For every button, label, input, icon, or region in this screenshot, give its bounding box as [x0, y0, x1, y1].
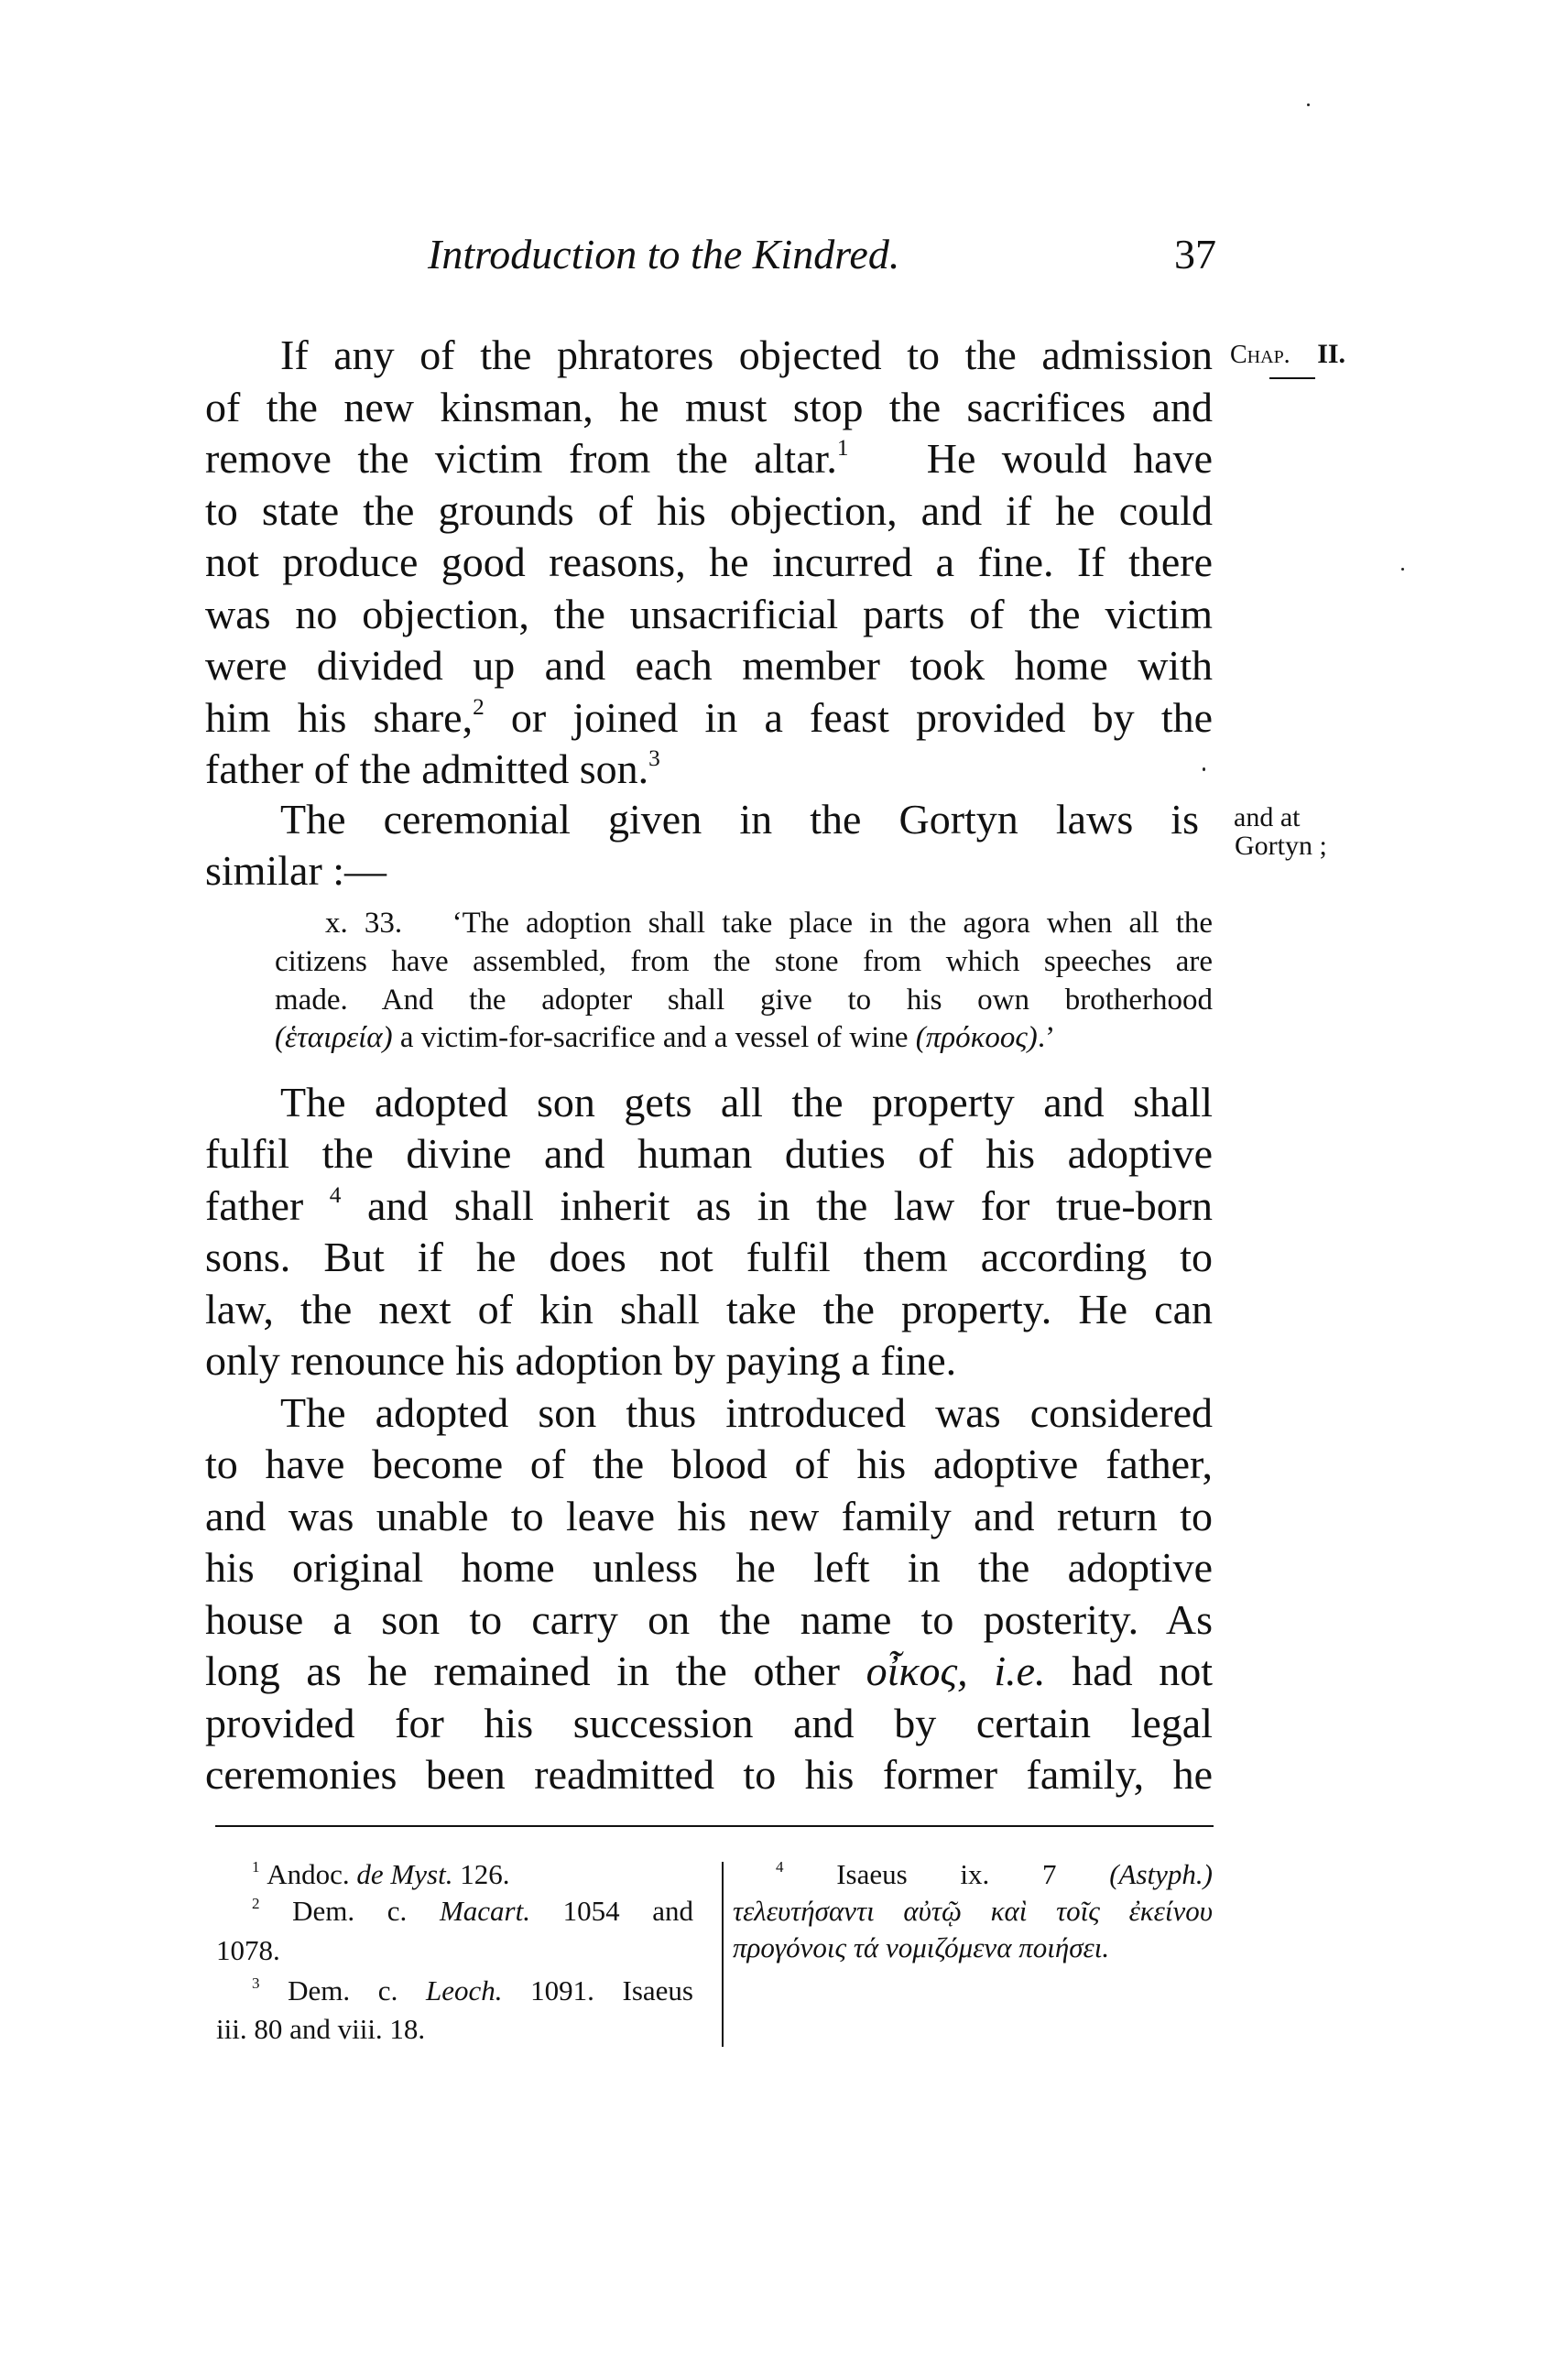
body-line: If any of the phratores objected to the … — [280, 334, 1213, 389]
body-line: The adopted son gets all the property an… — [280, 1082, 1213, 1136]
body-line: law, the next of kin shall take the prop… — [205, 1289, 1213, 1343]
body-text: or joined in a feast provided by the — [511, 697, 1213, 741]
scan-speck — [1307, 103, 1310, 106]
footnote-2: 2 Dem. c. Macart. 1054 and — [252, 1897, 693, 1933]
body-text: had not — [1072, 1650, 1213, 1694]
body-line: fulfil the divine and human duties of hi… — [205, 1133, 1213, 1188]
quote-text: ‘The adoption shall take place in the ag… — [452, 908, 1213, 940]
body-line: father of the admitted son.3 — [205, 748, 1213, 790]
body-line: house a son to carry on the name to post… — [205, 1599, 1213, 1654]
body-line: sons. But if he does not fulfil them acc… — [205, 1236, 1213, 1291]
footnote-ref-1[interactable]: 1 — [837, 438, 849, 461]
body-line: similar :— — [205, 850, 1213, 892]
footnote-4: 4 Isaeus ix. 7 (Astyph.) — [776, 1860, 1213, 1897]
body-line: his original home unless he left in the … — [205, 1547, 1213, 1602]
body-line: provided for his succession and by certa… — [205, 1702, 1213, 1757]
quote-line: citizens have assembled, from the stone … — [275, 947, 1213, 987]
greek-prokoos: (πρόκοος) — [916, 1021, 1038, 1054]
quote-closing: .’ — [1038, 1021, 1055, 1054]
running-title: Introduction to the Kindred. — [428, 234, 899, 276]
body-line: father 4 and shall inherit as in the law… — [205, 1185, 1213, 1240]
footnote-1: 1 Andoc. de Myst. 126. — [252, 1860, 509, 1897]
body-line: remove the victim from the altar.1 He wo… — [205, 438, 1213, 493]
body-line: of the new kinsman, he must stop the sac… — [205, 386, 1213, 441]
body-text: long as he remained in the other — [205, 1650, 840, 1694]
footnote-rule — [215, 1825, 1214, 1827]
body-text: He would have — [927, 438, 1213, 482]
body-line: to state the grounds of his objection, a… — [205, 490, 1213, 545]
body-line: was no objection, the unsacrificial part… — [205, 593, 1213, 648]
chapter-rule — [1269, 377, 1315, 379]
quote-text: a victim-for-sacrifice and a vessel of w… — [400, 1021, 909, 1054]
body-line: The ceremonial given in the Gortyn laws … — [280, 799, 1199, 854]
body-text: him his share, — [205, 697, 473, 741]
footnote-3: 3 Dem. c. Leoch. 1091. Isaeus — [252, 1976, 693, 2013]
footnote-number: 1 — [252, 1858, 260, 1876]
margin-chapter-label: Chap. II. — [1230, 341, 1345, 368]
body-line: ceremonies been readmitted to his former… — [205, 1754, 1213, 1809]
quote-line: (ἑταιρεία) a victim-for-sacrifice and a … — [275, 1023, 1213, 1063]
body-line: The adopted son thus introduced was cons… — [280, 1392, 1213, 1447]
ie-abbrev: i.e. — [994, 1650, 1045, 1694]
page-number: 37 — [1174, 234, 1216, 276]
footnote-3-cont: iii. 80 and viii. 18. — [216, 2015, 425, 2051]
body-text: and shall inherit as in the law for true… — [367, 1185, 1213, 1229]
footnote-ref-3[interactable]: 3 — [648, 745, 660, 771]
footnote-number: 2 — [252, 1897, 260, 1912]
body-line: were divided up and each member took hom… — [205, 645, 1213, 700]
chapter-label: Chap. — [1230, 341, 1290, 369]
body-text: remove the victim from the altar. — [205, 438, 837, 482]
body-line: to have become of the blood of his adopt… — [205, 1443, 1213, 1498]
footnote-number: 4 — [776, 1860, 784, 1876]
chapter-number: II. — [1317, 339, 1345, 369]
greek-oikos: οἶκος, — [866, 1650, 968, 1694]
body-text: father — [205, 1185, 303, 1229]
footnote-2-cont: 1078. — [216, 1936, 280, 1973]
quote-line: made. And the adopter shall give to his … — [275, 985, 1213, 1026]
scan-speck — [1401, 568, 1404, 571]
greek-hetaireia: (ἑταιρεία) — [275, 1021, 393, 1054]
scan-speck — [1203, 767, 1205, 771]
margin-note-gortyn: Gortyn ; — [1235, 832, 1327, 860]
footnote-number: 3 — [252, 1976, 260, 1992]
body-line: and was unable to leave his new family a… — [205, 1495, 1213, 1550]
body-line: long as he remained in the other οἶκος, … — [205, 1650, 1213, 1705]
footnote-ref-2[interactable]: 2 — [473, 697, 485, 720]
body-line: not produce good reasons, he incurred a … — [205, 541, 1213, 596]
body-line: only renounce his adoption by paying a f… — [205, 1340, 1213, 1382]
footnote-ref-4[interactable]: 4 — [330, 1185, 342, 1208]
footnote-4-greek-2: προγόνοις τά νομιζόμενα ποιήσει. — [733, 1933, 1109, 1970]
footnote-4-greek-1: τελευτήσαντι αὐτῷ καὶ τοῖς ἐκείνου — [733, 1897, 1213, 1933]
quote-ref: x. 33. — [325, 908, 402, 940]
margin-note-and-at: and at — [1234, 804, 1300, 832]
footnote-column-divider — [722, 1862, 724, 2047]
quote-line: x. 33. ‘The adoption shall take place in… — [325, 908, 1213, 949]
body-text: father of the admitted son. — [205, 745, 648, 792]
body-line: him his share,2 or joined in a feast pro… — [205, 697, 1213, 752]
